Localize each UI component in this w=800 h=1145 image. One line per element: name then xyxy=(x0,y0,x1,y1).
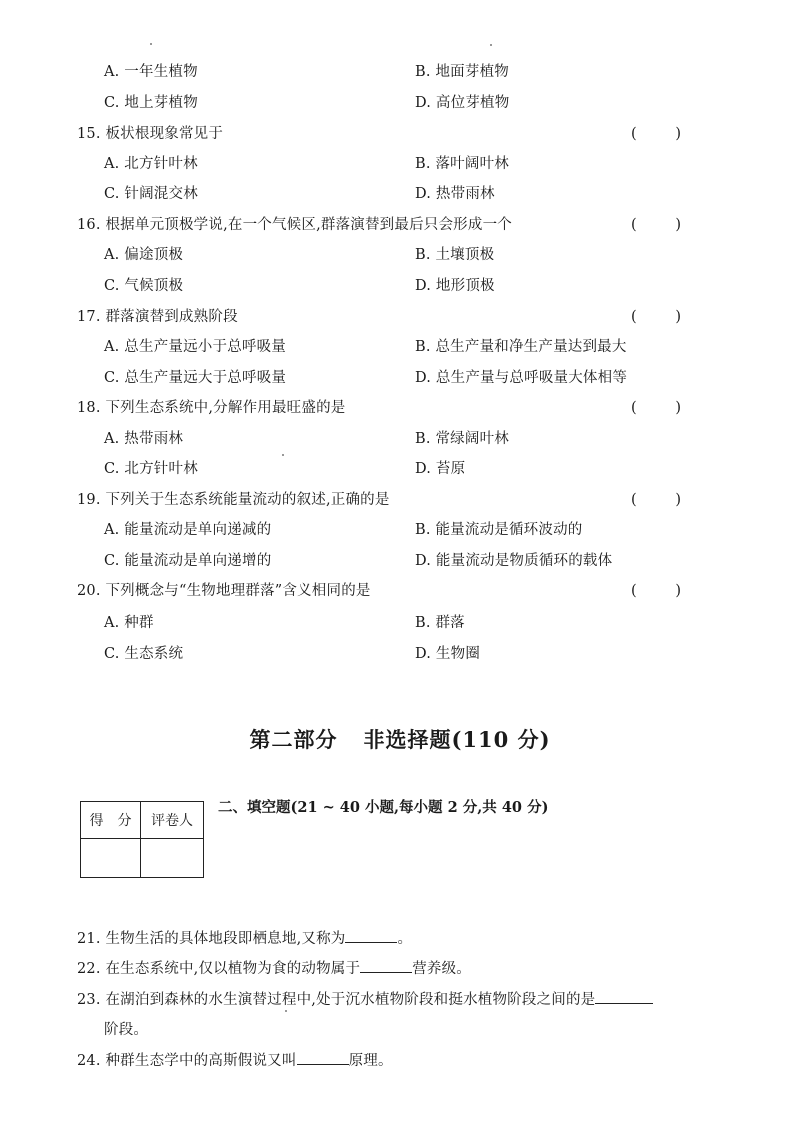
paren-open: ( xyxy=(631,490,637,510)
q19-option-d: D. 能量流动是物质循环的载体 xyxy=(415,551,612,571)
q20-option-b: B. 群落 xyxy=(415,613,465,633)
exam-page: A. 一年生植物 B. 地面芽植物 C. 地上芽植物 D. 高位芽植物 15. … xyxy=(0,0,800,1145)
paren-close: ) xyxy=(675,581,681,601)
q15-answer-blank[interactable]: ( ) xyxy=(631,124,681,144)
part-two-title: 第二部分非选择题(110 分) xyxy=(0,724,800,754)
q17-answer-blank[interactable]: ( ) xyxy=(631,307,681,327)
paren-close: ) xyxy=(675,124,681,144)
q19-option-a: A. 能量流动是单向递减的 xyxy=(104,520,271,540)
q22: 22. 在生态系统中,仅以植物为食的动物属于营养级。 xyxy=(77,958,471,979)
q24-answer-blank[interactable] xyxy=(297,1050,349,1065)
q16-option-d: D. 地形顶极 xyxy=(415,276,495,296)
q20-option-d: D. 生物圈 xyxy=(415,644,480,664)
q15-option-d: D. 热带雨林 xyxy=(415,184,495,204)
part-two-subtitle: 非选择题(110 分) xyxy=(363,727,550,752)
q15-stem: 15. 板状根现象常见于 xyxy=(77,124,223,144)
q20-option-c: C. 生态系统 xyxy=(104,644,183,664)
score-table: 得 分 评卷人 xyxy=(80,801,204,878)
q22-answer-blank[interactable] xyxy=(360,958,412,973)
q15-option-b: B. 落叶阔叶林 xyxy=(415,154,509,174)
q23: 23. 在湖泊到森林的水生演替过程中,处于沉水植物阶段和挺水植物阶段之间的是 xyxy=(77,989,653,1010)
scan-speck xyxy=(285,1010,287,1012)
score-cell[interactable] xyxy=(81,839,141,878)
q18-option-d: D. 苔原 xyxy=(415,459,465,479)
part-two-label: 第二部分 xyxy=(249,727,337,752)
q14-option-a: A. 一年生植物 xyxy=(104,62,198,82)
q15-option-c: C. 针阔混交林 xyxy=(104,184,198,204)
scan-speck xyxy=(282,454,284,456)
q24-text-after: 原理。 xyxy=(349,1053,393,1069)
q21: 21. 生物生活的具体地段即栖息地,又称为。 xyxy=(77,928,412,949)
q21-answer-blank[interactable] xyxy=(345,928,397,943)
q17-option-c: C. 总生产量远大于总呼吸量 xyxy=(104,368,286,388)
q19-stem: 19. 下列关于生态系统能量流动的叙述,正确的是 xyxy=(77,490,390,510)
grader-header: 评卷人 xyxy=(141,802,204,839)
q20-option-a: A. 种群 xyxy=(104,613,154,633)
q16-option-b: B. 土壤顶极 xyxy=(415,245,494,265)
q24-text: 24. 种群生态学中的高斯假说又叫 xyxy=(77,1053,297,1069)
q17-stem: 17. 群落演替到成熟阶段 xyxy=(77,307,238,327)
q18-option-b: B. 常绿阔叶林 xyxy=(415,429,509,449)
q16-option-a: A. 偏途顶极 xyxy=(104,245,183,265)
scan-speck xyxy=(150,43,152,45)
q17-option-a: A. 总生产量远小于总呼吸量 xyxy=(104,337,286,357)
q22-text-after: 营养级。 xyxy=(412,961,471,977)
q23-continuation: 阶段。 xyxy=(104,1020,148,1040)
q14-option-d: D. 高位芽植物 xyxy=(415,93,509,113)
q21-text: 21. 生物生活的具体地段即栖息地,又称为 xyxy=(77,931,345,947)
q24: 24. 种群生态学中的高斯假说又叫原理。 xyxy=(77,1050,393,1071)
q20-stem: 20. 下列概念与“生物地理群落”含义相同的是 xyxy=(77,581,371,601)
paren-open: ( xyxy=(631,215,637,235)
q16-option-c: C. 气候顶极 xyxy=(104,276,183,296)
paren-close: ) xyxy=(675,490,681,510)
q19-option-c: C. 能量流动是单向递增的 xyxy=(104,551,271,571)
scan-speck xyxy=(490,44,492,46)
q22-text: 22. 在生态系统中,仅以植物为食的动物属于 xyxy=(77,961,360,977)
q16-answer-blank[interactable]: ( ) xyxy=(631,215,681,235)
score-header: 得 分 xyxy=(81,802,141,839)
paren-open: ( xyxy=(631,124,637,144)
paren-open: ( xyxy=(631,581,637,601)
q18-option-c: C. 北方针叶林 xyxy=(104,459,198,479)
q21-text-after: 。 xyxy=(397,931,412,947)
grader-cell[interactable] xyxy=(141,839,204,878)
q14-option-c: C. 地上芽植物 xyxy=(104,93,198,113)
q19-option-b: B. 能量流动是循环波动的 xyxy=(415,520,582,540)
q15-option-a: A. 北方针叶林 xyxy=(104,154,198,174)
q14-option-b: B. 地面芽植物 xyxy=(415,62,509,82)
q23-answer-blank[interactable] xyxy=(595,989,653,1004)
paren-close: ) xyxy=(675,307,681,327)
q18-option-a: A. 热带雨林 xyxy=(104,429,183,449)
q16-stem: 16. 根据单元顶极学说,在一个气候区,群落演替到最后只会形成一个 xyxy=(77,215,512,235)
q18-stem: 18. 下列生态系统中,分解作用最旺盛的是 xyxy=(77,398,345,418)
fill-section-heading: 二、填空题(21 ~ 40 小题,每小题 2 分,共 40 分) xyxy=(218,798,548,818)
q19-answer-blank[interactable]: ( ) xyxy=(631,490,681,510)
q20-answer-blank[interactable]: ( ) xyxy=(631,581,681,601)
q18-answer-blank[interactable]: ( ) xyxy=(631,398,681,418)
paren-open: ( xyxy=(631,398,637,418)
paren-close: ) xyxy=(675,215,681,235)
q17-option-b: B. 总生产量和净生产量达到最大 xyxy=(415,337,627,357)
paren-close: ) xyxy=(675,398,681,418)
q23-text: 23. 在湖泊到森林的水生演替过程中,处于沉水植物阶段和挺水植物阶段之间的是 xyxy=(77,992,595,1008)
paren-open: ( xyxy=(631,307,637,327)
q17-option-d: D. 总生产量与总呼吸量大体相等 xyxy=(415,368,627,388)
